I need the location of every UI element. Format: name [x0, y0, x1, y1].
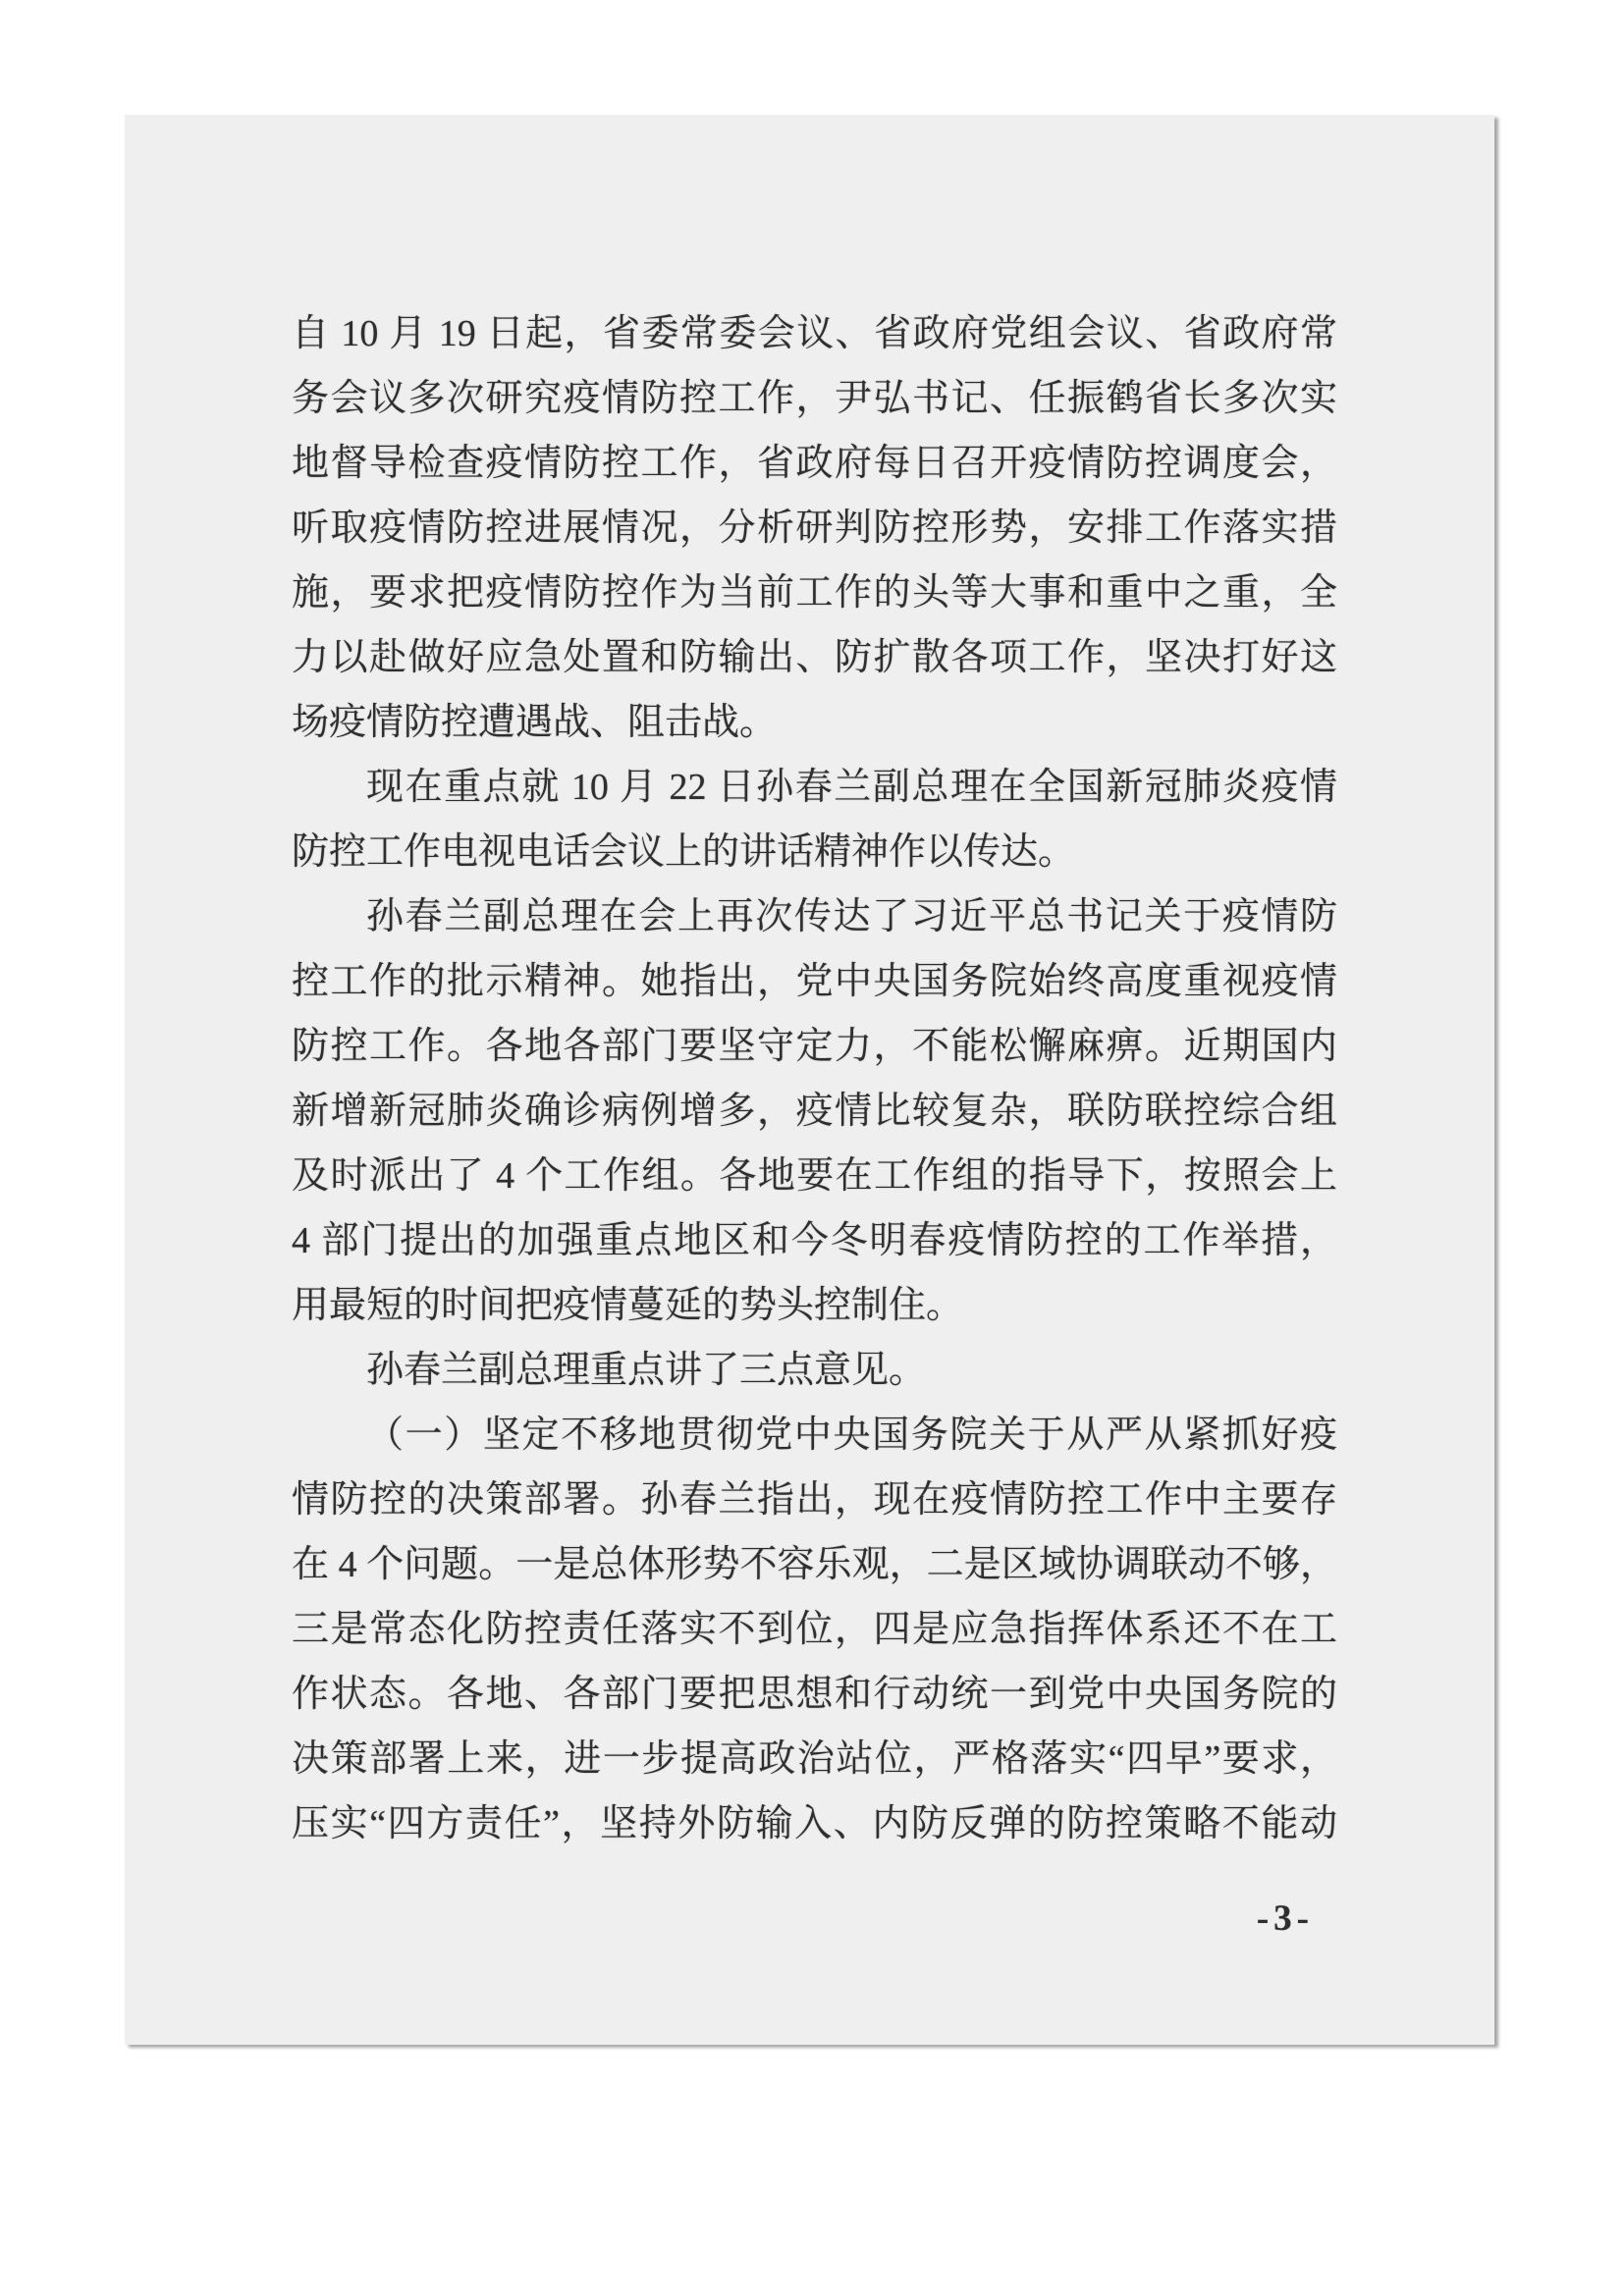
- text-line: 施，要求把疫情防控作为当前工作的头等大事和重中之重，全: [292, 561, 1337, 625]
- body-text: 自 10 月 19 日起，省委常委会议、省政府党组会议、省政府常务会议多次研究疫…: [292, 301, 1337, 1856]
- text-line: 防控工作。各地各部门要坚守定力，不能松懈麻痹。近期国内: [292, 1014, 1337, 1079]
- text-line: 孙春兰副总理重点讲了三点意见。: [292, 1338, 1337, 1403]
- text-line: 决策部署上来，进一步提高政治站位，严格落实“四早”要求，: [292, 1727, 1337, 1791]
- text-line: 压实“四方责任”，坚持外防输入、内防反弹的防控策略不能动: [292, 1791, 1337, 1856]
- text-line: 听取疫情防控进展情况，分析研判防控形势，安排工作落实措: [292, 496, 1337, 561]
- text-line: 防控工作电视电话会议上的讲话精神作以传达。: [292, 820, 1337, 884]
- text-line: （一）坚定不移地贯彻党中央国务院关于从严从紧抓好疫: [292, 1403, 1337, 1468]
- text-line: 作状态。各地、各部门要把思想和行动统一到党中央国务院的: [292, 1662, 1337, 1727]
- text-line: 情防控的决策部署。孙春兰指出，现在疫情防控工作中主要存: [292, 1468, 1337, 1532]
- text-line: 现在重点就 10 月 22 日孙春兰副总理在全国新冠肺炎疫情: [292, 755, 1337, 820]
- text-line: 场疫情防控遭遇战、阻击战。: [292, 690, 1337, 755]
- text-line: 三是常态化防控责任落实不到位，四是应急指挥体系还不在工: [292, 1597, 1337, 1662]
- document-viewer: 自 10 月 19 日起，省委常委会议、省政府党组会议、省政府常务会议多次研究疫…: [0, 0, 1624, 2296]
- text-line: 及时派出了 4 个工作组。各地要在工作组的指导下，按照会上: [292, 1144, 1337, 1208]
- document-page: 自 10 月 19 日起，省委常委会议、省政府党组会议、省政府常务会议多次研究疫…: [125, 115, 1494, 2045]
- text-line: 新增新冠肺炎确诊病例增多，疫情比较复杂，联防联控综合组: [292, 1079, 1337, 1144]
- text-line: 自 10 月 19 日起，省委常委会议、省政府党组会议、省政府常: [292, 301, 1337, 366]
- page-number: -3-: [292, 1887, 1337, 1951]
- text-line: 在 4 个问题。一是总体形势不容乐观，二是区域协调联动不够，: [292, 1532, 1337, 1597]
- text-line: 地督导检查疫情防控工作，省政府每日召开疫情防控调度会，: [292, 431, 1337, 496]
- text-line: 4 部门提出的加强重点地区和今冬明春疫情防控的工作举措，: [292, 1208, 1337, 1273]
- text-line: 用最短的时间把疫情蔓延的势头控制住。: [292, 1273, 1337, 1338]
- text-line: 务会议多次研究疫情防控工作，尹弘书记、任振鹤省长多次实: [292, 366, 1337, 431]
- text-line: 力以赴做好应急处置和防输出、防扩散各项工作，坚决打好这: [292, 625, 1337, 690]
- text-line: 控工作的批示精神。她指出，党中央国务院始终高度重视疫情: [292, 949, 1337, 1014]
- text-line: 孙春兰副总理在会上再次传达了习近平总书记关于疫情防: [292, 884, 1337, 949]
